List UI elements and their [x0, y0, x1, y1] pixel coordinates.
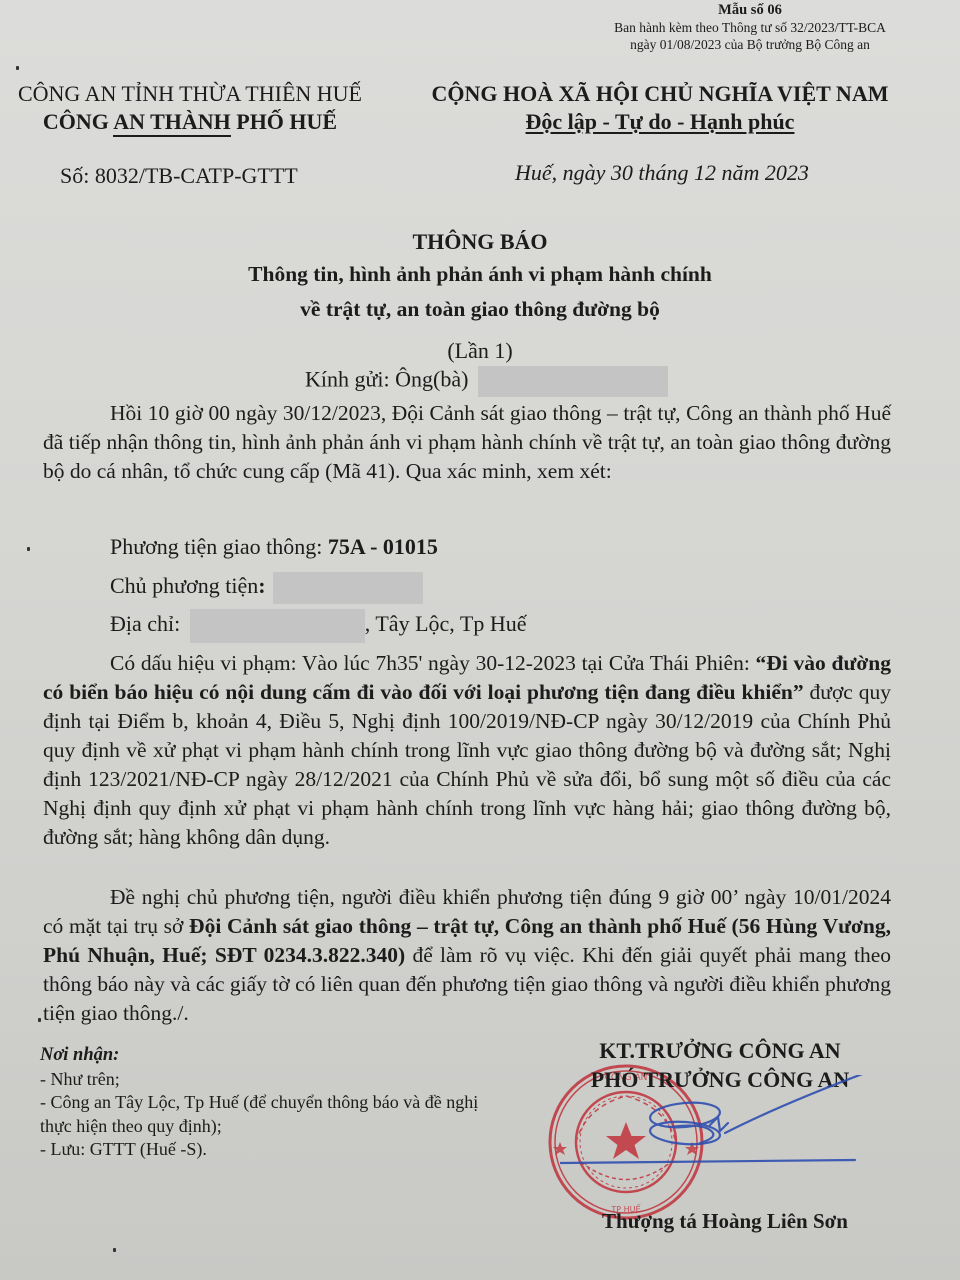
intro-text: Hồi 10 giờ 00 ngày 30/12/2023, Đội Cảnh … — [43, 401, 891, 483]
signature-title: KT.TRƯỞNG CÔNG AN PHÓ TRƯỞNG CÔNG AN — [555, 1036, 885, 1094]
address-label: Địa chỉ: — [110, 611, 180, 636]
paper-speck — [16, 66, 19, 70]
motto-text: Độc lập - Tự do - Hạnh phúc — [526, 109, 795, 134]
paper-speck — [38, 1018, 41, 1022]
owner-label: Chủ phương tiện — [110, 573, 258, 598]
paper-speck — [113, 1248, 116, 1252]
notice-round: (Lần 1) — [180, 331, 780, 371]
document-subtitle-line1: Thông tin, hình ảnh phản ánh vi phạm hàn… — [180, 257, 780, 292]
license-plate: 75A - 01015 — [328, 534, 438, 559]
issuing-agency: CÔNG AN TỈNH THỪA THIÊN HUẾ CÔNG AN THÀN… — [0, 80, 380, 136]
form-template-number: Mẫu số 06 — [540, 2, 960, 19]
violation-paragraph: Có dấu hiệu vi phạm: Vào lúc 7h35' ngày … — [43, 649, 891, 852]
signature-title-line1: KT.TRƯỞNG CÔNG AN — [555, 1036, 885, 1065]
signer-name: Thượng tá Hoàng Liên Sơn — [560, 1209, 890, 1234]
violation-lead: Có dấu hiệu vi phạm: Vào lúc 7h35' ngày … — [110, 651, 756, 675]
owner-colon: : — [258, 573, 265, 598]
recipient-item: - Lưu: GTTT (Huế -S). — [40, 1138, 500, 1162]
country-name: CỘNG HOÀ XÃ HỘI CHỦ NGHĨA VIỆT NAM — [405, 80, 915, 108]
violation-legal-basis: được quy định tại Điểm b, khoản 4, Điều … — [43, 680, 891, 849]
address-suffix: , Tây Lộc, Tp Huế — [365, 611, 527, 636]
signature-title-line2: PHÓ TRƯỞNG CÔNG AN — [555, 1065, 885, 1094]
document-number: Số: 8032/TB-CATP-GTTT — [60, 163, 298, 189]
redacted-owner-name — [273, 572, 423, 604]
request-paragraph: Đề nghị chủ phương tiện, người điều khiể… — [43, 883, 891, 1028]
vehicle-field: Phương tiện giao thông: 75A - 01015 — [110, 534, 438, 560]
document-title-block: THÔNG BÁO Thông tin, hình ảnh phản ánh v… — [180, 227, 780, 371]
paper-speck — [27, 547, 30, 551]
owner-field: Chủ phương tiện: — [110, 572, 423, 604]
issuing-unit-underlined: AN THÀNH — [113, 109, 231, 137]
salutation-label: Kính gửi: Ông(bà) — [305, 367, 468, 392]
intro-paragraph: Hồi 10 giờ 00 ngày 30/12/2023, Đội Cảnh … — [43, 399, 891, 486]
vehicle-label: Phương tiện giao thông: — [110, 534, 328, 559]
form-issued-date: ngày 01/08/2023 của Bộ trưởng Bộ Công an — [540, 36, 960, 53]
issuing-unit-part: CÔNG — [43, 109, 113, 134]
parent-agency: CÔNG AN TỈNH THỪA THIÊN HUẾ — [0, 80, 380, 108]
salutation: Kính gửi: Ông(bà) — [305, 366, 668, 397]
form-issued-with: Ban hành kèm theo Thông tư số 32/2023/TT… — [540, 19, 960, 36]
redacted-address — [190, 609, 365, 643]
recipient-item: - Công an Tây Lộc, Tp Huế (để chuyển thô… — [40, 1091, 500, 1138]
place-and-date: Huế, ngày 30 tháng 12 năm 2023 — [515, 160, 809, 186]
document-title: THÔNG BÁO — [180, 227, 780, 257]
recipient-item: - Như trên; — [40, 1068, 500, 1092]
recipients-block: Nơi nhận: - Như trên; - Công an Tây Lộc,… — [40, 1044, 500, 1162]
issuing-unit: CÔNG AN THÀNH PHỐ HUẾ — [0, 108, 380, 136]
recipients-heading: Nơi nhận: — [40, 1044, 500, 1068]
document-subtitle-line2: về trật tự, an toàn giao thông đường bộ — [180, 292, 780, 327]
issuing-unit-part: PHỐ HUẾ — [231, 109, 337, 134]
address-field: Địa chỉ: , Tây Lộc, Tp Huế — [110, 609, 526, 643]
redacted-recipient-name — [478, 366, 668, 397]
form-template-note: Mẫu số 06 Ban hành kèm theo Thông tư số … — [540, 2, 960, 53]
national-motto: Độc lập - Tự do - Hạnh phúc — [405, 108, 915, 136]
national-header: CỘNG HOÀ XÃ HỘI CHỦ NGHĨA VIỆT NAM Độc l… — [405, 80, 915, 136]
